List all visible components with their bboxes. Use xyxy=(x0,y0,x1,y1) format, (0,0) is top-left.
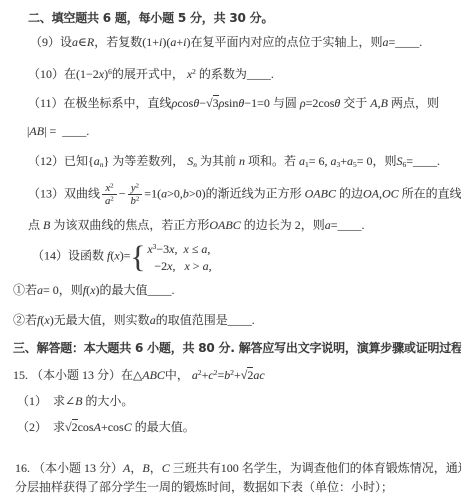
left-brace: { xyxy=(130,241,145,272)
question-11-line1: （11）在极坐标系中，直线ρcosθ−√3ρsinθ−1=0 与圆 ρ=2cos… xyxy=(28,95,461,112)
section-two-header: 二、填空题共 6 题，每小题 5 分，共 30 分。 xyxy=(28,10,461,27)
radical: √3 xyxy=(206,95,219,110)
question-11-line2: |AB| = ____. xyxy=(27,123,461,140)
fraction: y2b2 xyxy=(128,182,143,208)
question-14-part1: ①若a= 0，则f(x)的最大值____. xyxy=(13,282,461,299)
question-13-line1: （13）双曲线x2a2−y2b2=1(a>0,b>0)的渐近线为正方形 OABC… xyxy=(28,182,461,208)
piecewise-function: {x3−3x, x ≤ a,−2x, x > a, xyxy=(130,238,211,275)
question-16-line1: 16. （本小题 13 分）A，B，C 三班共有100 名学生，为调查他们的体育… xyxy=(15,460,461,477)
section-three-header: 三、解答题：本大题共 6 小题，共 80 分. 解答应写出文字说明，演算步骤或证… xyxy=(13,340,461,357)
question-10: （10）在(1−2x)6的展开式中， x2 的系数为____. xyxy=(28,63,461,83)
question-15: 15. （本小题 13 分）在△ABC中， a2+c2=b2+√2ac xyxy=(13,364,461,384)
radical: √2 xyxy=(241,367,254,382)
question-14: （14）设函数 f(x)={x3−3x, x ≤ a,−2x, x > a, xyxy=(32,238,461,275)
question-9: （9）设a∈R，若复数(1+i)(a+i)在复平面内对应的点位于实轴上，则a=_… xyxy=(30,34,461,51)
question-13-line2: 点 B 为该双曲线的焦点，若正方形OABC 的边长为 2，则a=____. xyxy=(28,217,461,234)
fraction: x2a2 xyxy=(102,182,117,208)
question-12: （12）已知{an} 为等差数列， Sn 为其前 n 项和。若 a1= 6, a… xyxy=(28,153,461,173)
question-15-part1: （1） 求∠B 的大小。 xyxy=(17,393,461,410)
question-14-part2: ②若f(x)无最大值，则实数a的取值范围是____. xyxy=(13,312,461,329)
question-16-line2: 分层抽样获得了部分学生一周的锻炼时间，数据如下表（单位：小时）； xyxy=(15,479,461,496)
radical: √2 xyxy=(65,419,78,434)
exam-paper-page: 二、填空题共 6 题，每小题 5 分，共 30 分。 （9）设a∈R，若复数(1… xyxy=(0,0,461,500)
question-15-part2: （2） 求√2cosA+cosC 的最大值。 xyxy=(17,419,461,436)
